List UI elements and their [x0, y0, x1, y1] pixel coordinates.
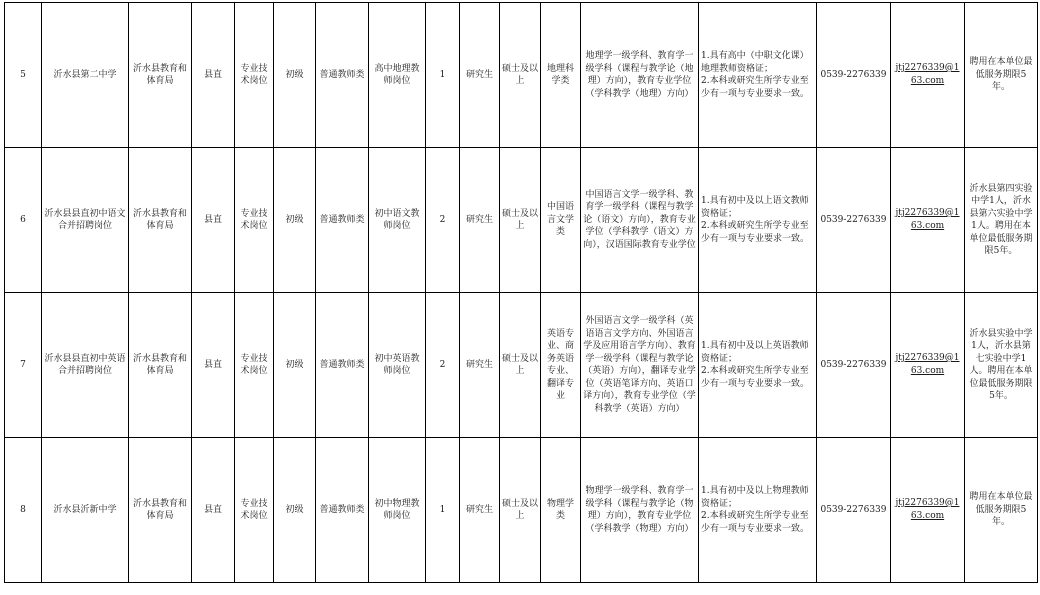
- post-grade: 初级: [274, 438, 316, 583]
- contact-phone: 0539-2276339: [817, 438, 891, 583]
- email-link[interactable]: jtj2276339@163.com: [895, 207, 961, 233]
- contact-phone: 0539-2276339: [817, 3, 891, 148]
- contact-phone: 0539-2276339: [817, 293, 891, 438]
- hiring-unit: 沂水县县直初中英语合并招聘岗位: [42, 293, 129, 438]
- department: 沂水县教育和体育局: [129, 148, 192, 293]
- hire-count: 1: [426, 3, 460, 148]
- post-category: 专业技术岗位: [235, 293, 274, 438]
- department: 沂水县教育和体育局: [129, 3, 192, 148]
- hiring-unit: 沂水县县直初中语文合并招聘岗位: [42, 148, 129, 293]
- major-detail: 物理学一级学科、教育学一级学科（课程与教学论（物理）方向），教育专业学位（学科教…: [581, 438, 699, 583]
- education: 研究生: [460, 3, 500, 148]
- email-link[interactable]: jtj2276339@163.com: [895, 352, 961, 378]
- post-grade: 初级: [274, 293, 316, 438]
- contact-phone: 0539-2276339: [817, 148, 891, 293]
- position-name: 高中地理教师岗位: [369, 3, 426, 148]
- major-class: 地理科学类: [541, 3, 581, 148]
- level: 县直: [192, 293, 235, 438]
- degree: 硕士及以上: [500, 293, 541, 438]
- table-row: 7 沂水县县直初中英语合并招聘岗位 沂水县教育和体育局 县直 专业技术岗位 初级…: [5, 293, 1038, 438]
- major-class: 物理学类: [541, 438, 581, 583]
- requirements: 1.具有初中及以上物理教师资格证； 2.本科或研究生所学专业至少有一项与专业要求…: [699, 438, 817, 583]
- remark: 沂水县实验中学1人，沂水县第七实验中学1人。聘用在本单位最低服务期限5年。: [965, 293, 1038, 438]
- degree: 硕士及以上: [500, 438, 541, 583]
- education: 研究生: [460, 293, 500, 438]
- hire-count: 1: [426, 438, 460, 583]
- education: 研究生: [460, 148, 500, 293]
- requirements: 1.具有高中（中职文化课）地理教师资格证； 2.本科或研究生所学专业至少有一项与…: [699, 3, 817, 148]
- row-number: 8: [5, 438, 42, 583]
- post-category: 专业技术岗位: [235, 3, 274, 148]
- post-grade: 初级: [274, 148, 316, 293]
- level: 县直: [192, 3, 235, 148]
- position-name: 初中物理教师岗位: [369, 438, 426, 583]
- email-cell: jtj2276339@163.com: [891, 3, 965, 148]
- major-detail: 地理学一级学科、教育学一级学科（课程与教学论（地理）方向），教育专业学位（学科教…: [581, 3, 699, 148]
- post-type: 普通教师类: [316, 3, 369, 148]
- hiring-unit: 沂水县沂新中学: [42, 438, 129, 583]
- email-cell: jtj2276339@163.com: [891, 438, 965, 583]
- post-type: 普通教师类: [316, 293, 369, 438]
- department: 沂水县教育和体育局: [129, 438, 192, 583]
- major-detail: 中国语言文学一级学科、教育学一级学科（课程与教学论（语文）方向），教育专业学位（…: [581, 148, 699, 293]
- position-name: 初中英语教师岗位: [369, 293, 426, 438]
- hire-count: 2: [426, 293, 460, 438]
- row-number: 7: [5, 293, 42, 438]
- post-category: 专业技术岗位: [235, 438, 274, 583]
- table-row: 5 沂水县第二中学 沂水县教育和体育局 县直 专业技术岗位 初级 普通教师类 高…: [5, 3, 1038, 148]
- position-name: 初中语文教师岗位: [369, 148, 426, 293]
- email-cell: jtj2276339@163.com: [891, 293, 965, 438]
- email-link[interactable]: jtj2276339@163.com: [895, 62, 961, 88]
- department: 沂水县教育和体育局: [129, 293, 192, 438]
- row-number: 6: [5, 148, 42, 293]
- email-link[interactable]: jtj2276339@163.com: [895, 497, 961, 523]
- table-row: 6 沂水县县直初中语文合并招聘岗位 沂水县教育和体育局 县直 专业技术岗位 初级…: [5, 148, 1038, 293]
- recruitment-table: 5 沂水县第二中学 沂水县教育和体育局 县直 专业技术岗位 初级 普通教师类 高…: [4, 2, 1038, 583]
- email-cell: jtj2276339@163.com: [891, 148, 965, 293]
- major-class: 英语专业、商务英语专业、翻译专业: [541, 293, 581, 438]
- post-category: 专业技术岗位: [235, 148, 274, 293]
- remark: 聘用在本单位最低服务期限5年。: [965, 438, 1038, 583]
- remark: 聘用在本单位最低服务期限5年。: [965, 3, 1038, 148]
- level: 县直: [192, 438, 235, 583]
- major-detail: 外国语言文学一级学科（英语语言文学方向、外国语言学及应用语言学方向）、教育学一级…: [581, 293, 699, 438]
- requirements: 1.具有初中及以上英语教师资格证； 2.本科或研究生所学专业至少有一项与专业要求…: [699, 293, 817, 438]
- major-class: 中国语言文学类: [541, 148, 581, 293]
- post-grade: 初级: [274, 3, 316, 148]
- row-number: 5: [5, 3, 42, 148]
- post-type: 普通教师类: [316, 148, 369, 293]
- remark: 沂水县第四实验中学1人，沂水县第六实验中学1人。聘用在本单位最低服务期限5年。: [965, 148, 1038, 293]
- hire-count: 2: [426, 148, 460, 293]
- level: 县直: [192, 148, 235, 293]
- degree: 硕士及以上: [500, 3, 541, 148]
- degree: 硕士及以上: [500, 148, 541, 293]
- table-row: 8 沂水县沂新中学 沂水县教育和体育局 县直 专业技术岗位 初级 普通教师类 初…: [5, 438, 1038, 583]
- hiring-unit: 沂水县第二中学: [42, 3, 129, 148]
- education: 研究生: [460, 438, 500, 583]
- post-type: 普通教师类: [316, 438, 369, 583]
- requirements: 1.具有初中及以上语文教师资格证； 2.本科或研究生所学专业至少有一项与专业要求…: [699, 148, 817, 293]
